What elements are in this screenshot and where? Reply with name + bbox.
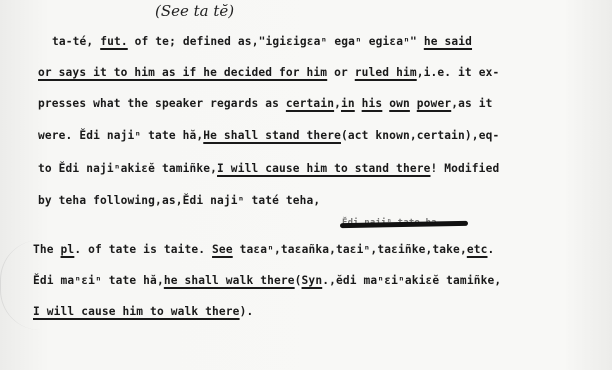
text-span: taɛaⁿ,taɛañka,taɛiⁿ,taɛiñke,take, [233, 243, 467, 256]
text-line-4: were. Ĕdi najiⁿ tate hă,He shall stand t… [38, 129, 499, 143]
underlined-gloss: He shall stand there [203, 129, 341, 142]
text-line-8: Ĕdi maⁿɛiⁿ tate hă,he shall walk there(S… [33, 274, 501, 288]
text-span: .,ĕdi maⁿɛiⁿakiɛĕ tamiñke, [322, 274, 501, 287]
text-span: ta-té, [52, 35, 100, 48]
text-span: were. Ĕdi najiⁿ tate hă, [38, 129, 203, 142]
text-span: or [327, 66, 355, 79]
underlined-abbrev: fut. [100, 35, 128, 48]
underlined-gloss: or says it to him as if he decided for h… [38, 66, 327, 79]
text-span: (act known,certain),eq- [341, 129, 499, 142]
text-span: ). [240, 305, 254, 318]
text-span: . of tate is taite. [74, 243, 212, 256]
text-span [355, 97, 362, 110]
underlined-word: See [212, 243, 233, 256]
text-line-7: The pl. of tate is taite. See taɛaⁿ,taɛa… [33, 243, 494, 257]
underlined-word: own [389, 97, 410, 110]
text-span: to Ĕdi najiⁿakiɛĕ tamiñke, [38, 162, 217, 175]
text-span: , [334, 97, 341, 110]
text-span: ,as it [451, 97, 492, 110]
underlined-gloss: he said [424, 35, 472, 48]
handwritten-note: (See ta tĕ) [155, 2, 234, 20]
text-span: by teha following,as,Ĕdi najiⁿ taté teha… [38, 194, 320, 207]
text-line-9: I will cause him to walk there). [33, 305, 253, 319]
text-line-3: presses what the speaker regards as cert… [38, 97, 493, 111]
text-line-1: ta-té, fut. of te; defined as,"igiɛigɛaⁿ… [52, 35, 472, 49]
text-span: ( [295, 274, 302, 287]
underlined-word: power [417, 97, 451, 110]
text-line-5: to Ĕdi najiⁿakiɛĕ tamiñke,I will cause h… [38, 162, 499, 176]
text-span: The [33, 243, 61, 256]
underlined-abbrev: pl [61, 243, 75, 256]
text-span: . [488, 243, 495, 256]
underlined-word: his [362, 97, 383, 110]
underlined-gloss: I will cause him to walk there [33, 305, 240, 318]
text-span [410, 97, 417, 110]
text-span: of te; defined as,"igiɛigɛaⁿ egaⁿ egiɛaⁿ… [128, 35, 424, 48]
underlined-word: in [341, 97, 355, 110]
underlined-gloss: ruled him [355, 66, 417, 79]
text-line-6: by teha following,as,Ĕdi najiⁿ taté teha… [38, 194, 320, 208]
document-page: (See ta tĕ) ta-té, fut. of te; defined a… [0, 0, 612, 370]
underlined-abbrev: Syn [302, 274, 323, 287]
text-span: Ĕdi maⁿɛiⁿ tate hă, [33, 274, 164, 287]
underlined-abbrev: etc [467, 243, 488, 256]
text-span: presses what the speaker regards as [38, 97, 286, 110]
text-span: ,i.e. it ex- [417, 66, 500, 79]
underlined-gloss: I will cause him to stand there [217, 162, 430, 175]
text-line-2: or says it to him as if he decided for h… [38, 66, 499, 80]
underlined-gloss: he shall walk there [164, 274, 295, 287]
underlined-word: certain [286, 97, 334, 110]
text-span: ! Modified [430, 162, 499, 175]
